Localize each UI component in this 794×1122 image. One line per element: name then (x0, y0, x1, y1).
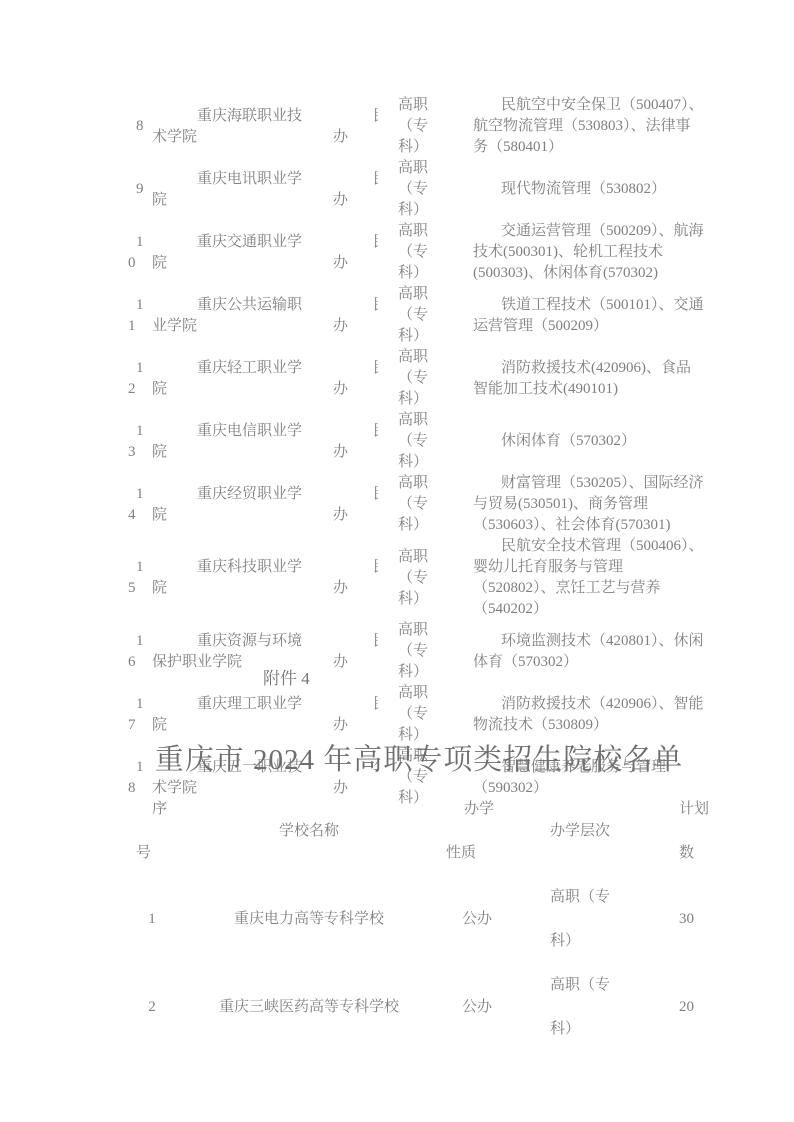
nature-type: 民办 (333, 631, 378, 673)
education-level: 高职（专科） (388, 347, 438, 410)
school-name: 重庆海联职业技术学院 (152, 106, 310, 148)
nature-type: 民办 (333, 694, 378, 736)
seq-number: 12 (128, 358, 145, 400)
header-level: 办学层次 (550, 809, 618, 853)
table-row: 9 重庆电讯职业学院 民办 高职（专科） 现代物流管理（530802） (128, 158, 705, 221)
majors-list: 民航空中安全保卫（500407）、航空物流管理（530803）、法律事务（580… (473, 95, 705, 158)
seq-number: 16 (128, 631, 145, 673)
plan-count: 30 (679, 897, 713, 941)
school-name: 重庆电信职业学院 (152, 421, 310, 463)
majors-list: 环境监测技术（420801）、休闲体育（570302） (473, 631, 705, 673)
seq-number: 13 (128, 421, 145, 463)
education-level: 高职（专科） (550, 963, 618, 1051)
majors-list: 民航安全技术管理（500406）、婴幼儿托育服务与管理（520802）、烹饪工艺… (473, 536, 705, 620)
table-row: 11 重庆公共运输职业学院 民办 高职（专科） 铁道工程技术（500101）、交… (128, 284, 705, 347)
nature-type: 民办 (333, 484, 378, 526)
nature-type: 民办 (333, 106, 378, 148)
document-page: 8 重庆海联职业技术学院 民办 高职（专科） 民航空中安全保卫（500407）、… (0, 0, 794, 1122)
education-level: 高职（专科） (388, 221, 438, 284)
school-name: 重庆电讯职业学院 (152, 169, 310, 211)
nature-type: 民办 (333, 232, 378, 274)
page-title: 重庆市 2024 年高职专项类招生院校名单 (128, 742, 710, 778)
school-name: 重庆电力高等专科学校 (180, 897, 438, 941)
special-admission-table: 序号 学校名称 办学性质 办学层次 计划数 1 重庆电力高等专科学校 公办 高职… (136, 787, 713, 1051)
nature-type: 民办 (333, 358, 378, 400)
education-level: 高职（专科） (388, 158, 438, 221)
nature-type: 民办 (333, 421, 378, 463)
table-row: 2 重庆三峡医药高等专科学校 公办 高职（专科） 20 (136, 963, 713, 1051)
education-level: 高职（专科） (550, 875, 618, 963)
college-majors-table: 8 重庆海联职业技术学院 民办 高职（专科） 民航空中安全保卫（500407）、… (128, 95, 705, 809)
header-seq: 序号 (136, 787, 168, 875)
school-name: 重庆理工职业学院 (152, 694, 310, 736)
education-level: 高职（专科） (388, 683, 438, 746)
majors-list: 财富管理（530205）、国际经济与贸易(530501)、商务管理（530603… (473, 473, 705, 536)
seq-number: 8 (128, 116, 145, 137)
nature-type: 民办 (333, 557, 378, 599)
seq-number: 14 (128, 484, 145, 526)
header-plan: 计划数 (679, 787, 713, 875)
seq-number: 10 (128, 232, 145, 274)
table-row: 13 重庆电信职业学院 民办 高职（专科） 休闲体育（570302） (128, 410, 705, 473)
table-row: 12 重庆轻工职业学院 民办 高职（专科） 消防救援技术(420906)、食品智… (128, 347, 705, 410)
seq-number: 2 (136, 985, 168, 1029)
education-level: 高职（专科） (388, 95, 438, 158)
education-level: 高职（专科） (388, 473, 438, 536)
header-row: 序号 学校名称 办学性质 办学层次 计划数 (136, 787, 713, 875)
education-level: 高职（专科） (388, 547, 438, 610)
seq-number: 1 (136, 897, 168, 941)
school-name: 重庆科技职业学院 (152, 557, 310, 599)
education-level: 高职（专科） (388, 620, 438, 683)
nature-type: 公办 (446, 985, 508, 1029)
majors-list: 铁道工程技术（500101）、交通运营管理（500209） (473, 295, 705, 337)
school-name: 重庆交通职业学院 (152, 232, 310, 274)
seq-number: 9 (128, 179, 145, 200)
school-name: 重庆经贸职业学院 (152, 484, 310, 526)
majors-list: 现代物流管理（530802） (473, 179, 705, 200)
nature-type: 公办 (446, 897, 508, 941)
table-row: 17 重庆理工职业学院 民办 高职（专科） 消防救援技术（420906）、智能物… (128, 683, 705, 746)
table-row: 1 重庆电力高等专科学校 公办 高职（专科） 30 (136, 875, 713, 963)
table-row: 15 重庆科技职业学院 民办 高职（专科） 民航安全技术管理（500406）、婴… (128, 536, 705, 620)
table-row: 16 重庆资源与环境保护职业学院 民办 高职（专科） 环境监测技术（420801… (128, 620, 705, 683)
header-nature: 办学性质 (446, 787, 508, 875)
education-level: 高职（专科） (388, 284, 438, 347)
majors-list: 休闲体育（570302） (473, 431, 705, 452)
education-level: 高职（专科） (388, 410, 438, 473)
nature-type: 民办 (333, 295, 378, 337)
school-name: 重庆三峡医药高等专科学校 (180, 985, 438, 1029)
seq-number: 17 (128, 694, 145, 736)
school-name: 重庆轻工职业学院 (152, 358, 310, 400)
seq-number: 15 (128, 557, 145, 599)
table-row: 14 重庆经贸职业学院 民办 高职（专科） 财富管理（530205）、国际经济与… (128, 473, 705, 536)
nature-type: 民办 (333, 169, 378, 211)
plan-count: 20 (679, 985, 713, 1029)
majors-list: 交通运营管理（500209）、航海技术(500301)、轮机工程技术(50030… (473, 221, 705, 284)
majors-list: 消防救援技术（420906）、智能物流技术（530809） (473, 694, 705, 736)
majors-list: 消防救援技术(420906)、食品智能加工技术(490101) (473, 358, 705, 400)
table-row: 10 重庆交通职业学院 民办 高职（专科） 交通运营管理（500209）、航海技… (128, 221, 705, 284)
school-name: 重庆公共运输职业学院 (152, 295, 310, 337)
table-row: 8 重庆海联职业技术学院 民办 高职（专科） 民航空中安全保卫（500407）、… (128, 95, 705, 158)
seq-number: 11 (128, 295, 145, 337)
attachment-label: 附件 4 (263, 667, 310, 691)
header-school: 学校名称 (180, 809, 438, 853)
